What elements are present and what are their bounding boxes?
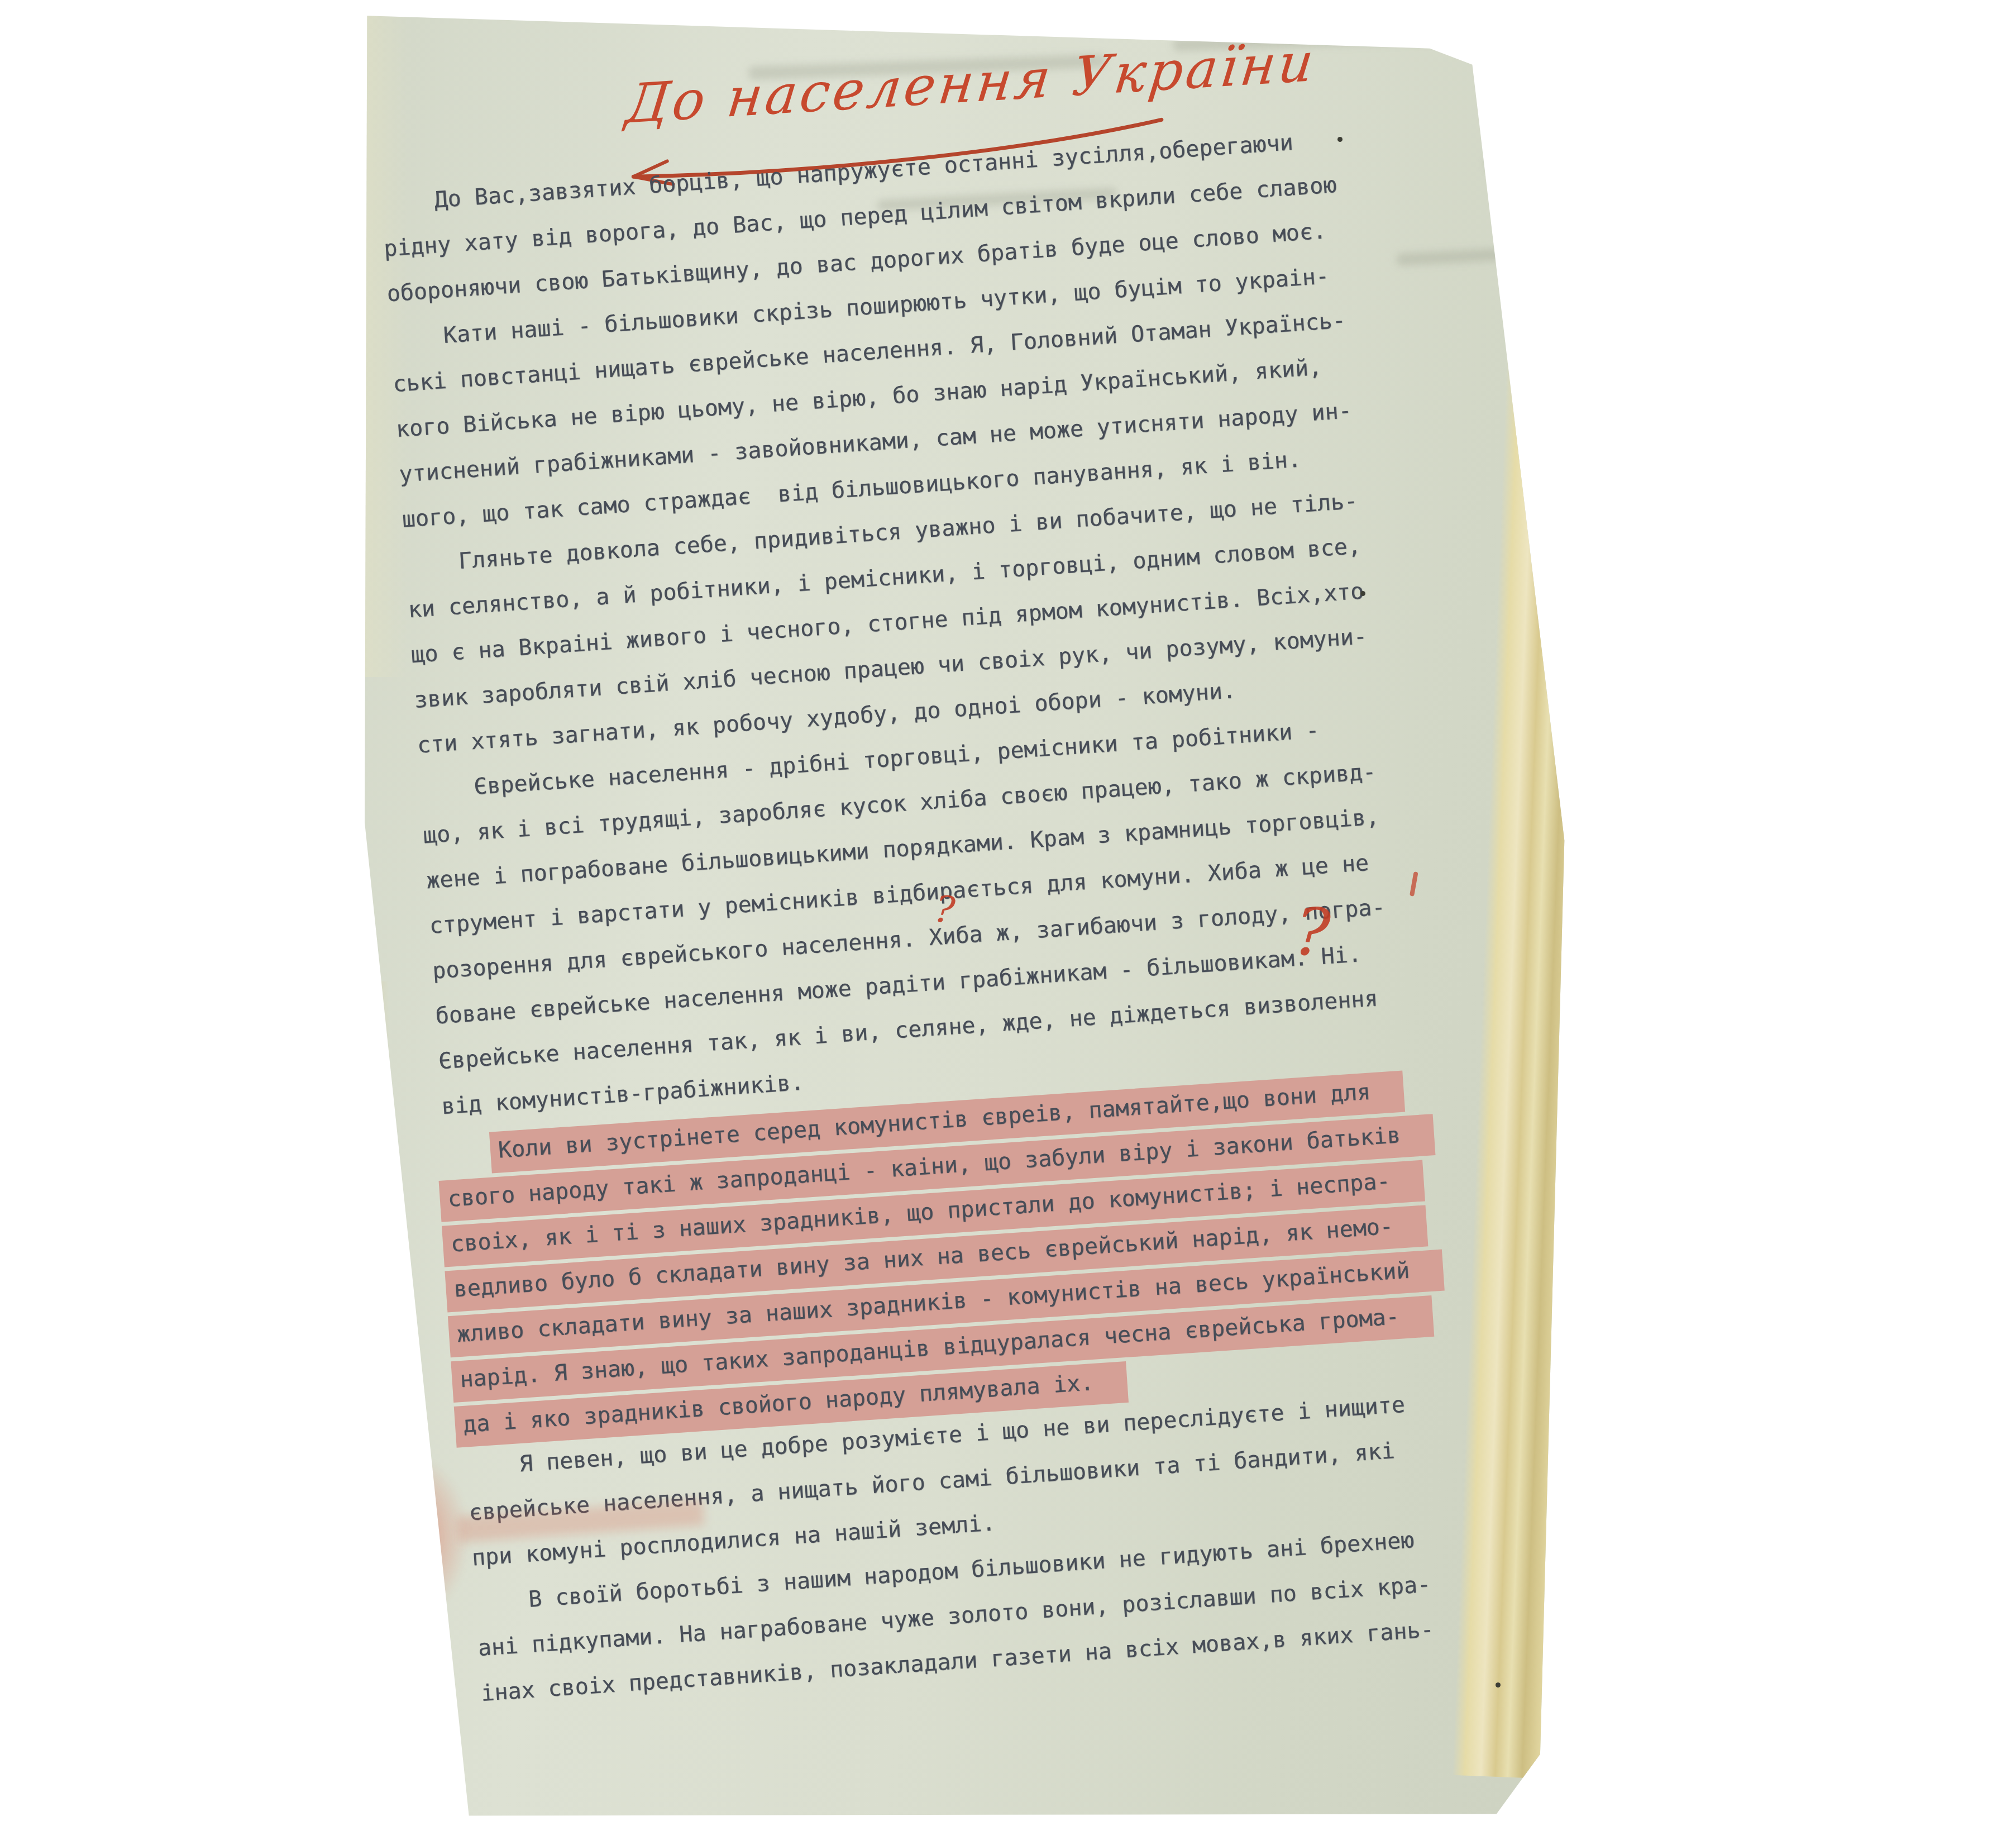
document-scan: До населення України 21 До Вас,завзятих … — [0, 0, 2016, 1821]
paper-speck — [1337, 137, 1343, 142]
red-question-mark: ? — [1292, 893, 1332, 972]
blue-pencil-page-number: 21 — [1633, 22, 1812, 231]
red-ink-stain — [346, 1453, 469, 1621]
paper-speck — [1360, 591, 1365, 596]
bleedthrough-smudge — [1536, 78, 1760, 98]
paper-sheet: До населення України 21 До Вас,завзятих … — [357, 7, 1569, 1819]
bleedthrough-smudge — [1485, 149, 1749, 171]
paper-speck — [1496, 1682, 1501, 1687]
left-edge-aging-bottom — [350, 981, 406, 1819]
typed-text: До Вас,завзятих борців, що напружуєте ос… — [380, 116, 1553, 1723]
